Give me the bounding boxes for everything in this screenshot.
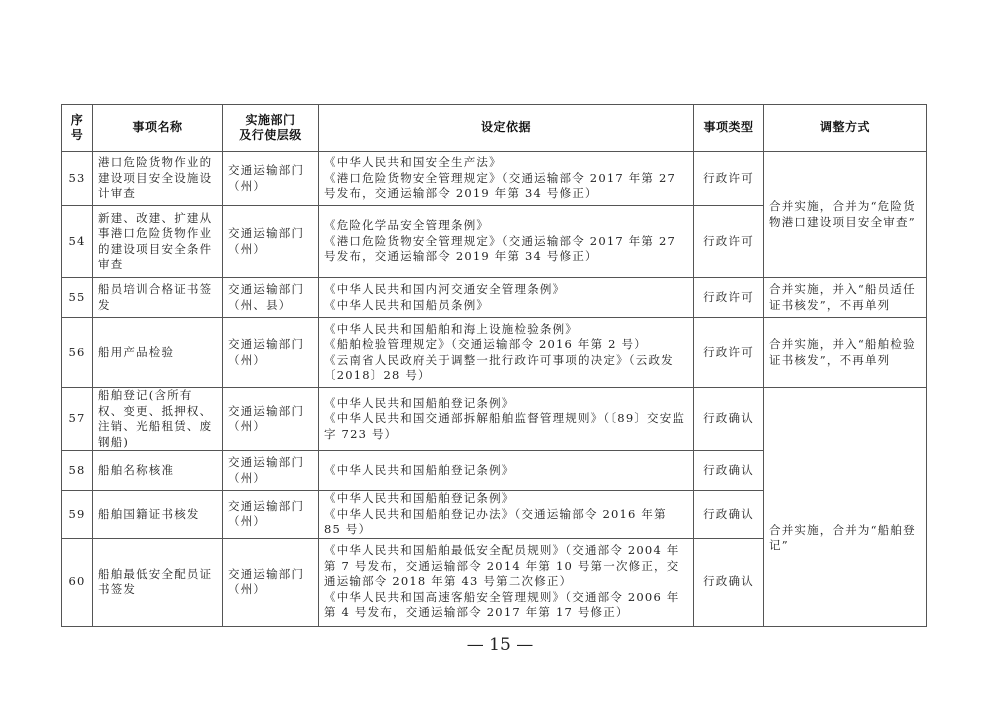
header-no: 序号 [62, 105, 93, 152]
basis-line: 《中华人民共和国船舶和海上设施检验条例》 [324, 322, 688, 338]
cell-dept: 交通运输部门（州、县） [223, 278, 319, 318]
cell-type: 行政许可 [694, 152, 764, 206]
header-dept: 实施部门 及行使层级 [223, 105, 319, 152]
cell-basis: 《中华人民共和国船舶登记条例》 《中华人民共和国交通部拆解船舶监督管理规则》（〔… [319, 388, 694, 451]
header-basis: 设定依据 [319, 105, 694, 152]
cell-adjust: 合并实施，合并为“船舶登记” [764, 451, 927, 627]
basis-line: 《中华人民共和国船舶登记办法》（交通运输部令 2016 年第 85 号） [324, 507, 688, 538]
cell-no: 57 [62, 388, 93, 451]
cell-no: 53 [62, 152, 93, 206]
cell-dept: 交通运输部门（州） [223, 152, 319, 206]
items-table: 序号 事项名称 实施部门 及行使层级 设定依据 事项类型 调整方式 53 港口危… [61, 104, 927, 627]
cell-basis: 《中华人民共和国船舶和海上设施检验条例》 《船舶检验管理规定》（交通运输部令 2… [319, 318, 694, 388]
header-type: 事项类型 [694, 105, 764, 152]
basis-line: 《港口危险货物安全管理规定》（交通运输部令 2017 年第 27 号发布，交通运… [324, 234, 688, 265]
table-row: 53 港口危险货物作业的建设项目安全设施设计审查 交通运输部门（州） 《中华人民… [62, 152, 927, 206]
table-row: 58 船舶名称核准 交通运输部门（州） 《中华人民共和国船舶登记条例》 行政确认… [62, 451, 927, 491]
cell-name: 船舶最低安全配员证书签发 [93, 538, 223, 626]
cell-dept: 交通运输部门（州） [223, 388, 319, 451]
basis-line: 《中华人民共和国交通部拆解船舶监督管理规则》（〔89〕交安监字 723 号） [324, 411, 688, 442]
basis-line: 《船舶检验管理规定》（交通运输部令 2016 年第 2 号） [324, 337, 688, 353]
cell-no: 58 [62, 451, 93, 491]
cell-basis: 《中华人民共和国内河交通安全管理条例》 《中华人民共和国船员条例》 [319, 278, 694, 318]
cell-no: 56 [62, 318, 93, 388]
cell-basis: 《中华人民共和国船舶最低安全配员规则》（交通部令 2004 年第 7 号发布，交… [319, 538, 694, 626]
cell-type: 行政确认 [694, 491, 764, 539]
cell-no: 60 [62, 538, 93, 626]
basis-line: 《中华人民共和国安全生产法》 [324, 155, 688, 171]
header-name: 事项名称 [93, 105, 223, 152]
basis-line: 《中华人民共和国内河交通安全管理条例》 [324, 282, 688, 298]
cell-type: 行政许可 [694, 318, 764, 388]
cell-name: 船舶登记(含所有权、变更、抵押权、注销、光船租赁、废钢船) [93, 388, 223, 451]
cell-adjust: 合并实施，并入“船员适任证书核发”，不再单列 [764, 278, 927, 318]
cell-dept: 交通运输部门（州） [223, 451, 319, 491]
cell-adjust: 合并实施，合并为“危险货物港口建设项目安全审查” [764, 152, 927, 278]
basis-line: 《云南省人民政府关于调整一批行政许可事项的决定》（云政发〔2018〕28 号） [324, 353, 688, 384]
cell-type: 行政确认 [694, 388, 764, 451]
cell-type: 行政确认 [694, 538, 764, 626]
cell-dept: 交通运输部门（州） [223, 206, 319, 278]
basis-line: 《危险化学品安全管理条例》 [324, 218, 688, 234]
cell-no: 54 [62, 206, 93, 278]
basis-line: 《中华人民共和国船舶登记条例》 [324, 396, 688, 412]
header-adjust: 调整方式 [764, 105, 927, 152]
cell-name: 船用产品检验 [93, 318, 223, 388]
cell-type: 行政确认 [694, 451, 764, 491]
cell-no: 55 [62, 278, 93, 318]
cell-name: 船舶国籍证书核发 [93, 491, 223, 539]
cell-name: 船员培训合格证书签发 [93, 278, 223, 318]
cell-name: 新建、改建、扩建从事港口危险货物作业的建设项目安全条件审查 [93, 206, 223, 278]
cell-type: 行政许可 [694, 206, 764, 278]
header-dept-line2: 及行使层级 [228, 128, 313, 144]
basis-line: 《中华人民共和国船舶登记条例》 [324, 491, 688, 507]
cell-basis: 《中华人民共和国安全生产法》 《港口危险货物安全管理规定》（交通运输部令 201… [319, 152, 694, 206]
cell-basis: 《中华人民共和国船舶登记条例》 《中华人民共和国船舶登记办法》（交通运输部令 2… [319, 491, 694, 539]
cell-name: 港口危险货物作业的建设项目安全设施设计审查 [93, 152, 223, 206]
basis-line: 《中华人民共和国高速客船安全管理规则》（交通部令 2006 年第 4 号发布，交… [324, 590, 688, 621]
cell-no: 59 [62, 491, 93, 539]
header-dept-line1: 实施部门 [228, 113, 313, 129]
cell-dept: 交通运输部门（州） [223, 491, 319, 539]
table-row: 57 船舶登记(含所有权、变更、抵押权、注销、光船租赁、废钢船) 交通运输部门（… [62, 388, 927, 451]
cell-basis: 《中华人民共和国船舶登记条例》 [319, 451, 694, 491]
cell-adjust [764, 388, 927, 451]
cell-dept: 交通运输部门（州） [223, 538, 319, 626]
basis-line: 《港口危险货物安全管理规定》（交通运输部令 2017 年第 27 号发布，交通运… [324, 171, 688, 202]
table-row: 56 船用产品检验 交通运输部门（州） 《中华人民共和国船舶和海上设施检验条例》… [62, 318, 927, 388]
page-number: — 15 — [0, 635, 1000, 655]
basis-line: 《中华人民共和国船员条例》 [324, 298, 688, 314]
cell-type: 行政许可 [694, 278, 764, 318]
table-header-row: 序号 事项名称 实施部门 及行使层级 设定依据 事项类型 调整方式 [62, 105, 927, 152]
cell-name: 船舶名称核准 [93, 451, 223, 491]
cell-adjust: 合并实施，并入“船舶检验证书核发”，不再单列 [764, 318, 927, 388]
table-row: 55 船员培训合格证书签发 交通运输部门（州、县） 《中华人民共和国内河交通安全… [62, 278, 927, 318]
basis-line: 《中华人民共和国船舶登记条例》 [324, 463, 688, 479]
basis-line: 《中华人民共和国船舶最低安全配员规则》（交通部令 2004 年第 7 号发布，交… [324, 543, 688, 590]
cell-dept: 交通运输部门（州） [223, 318, 319, 388]
cell-basis: 《危险化学品安全管理条例》 《港口危险货物安全管理规定》（交通运输部令 2017… [319, 206, 694, 278]
